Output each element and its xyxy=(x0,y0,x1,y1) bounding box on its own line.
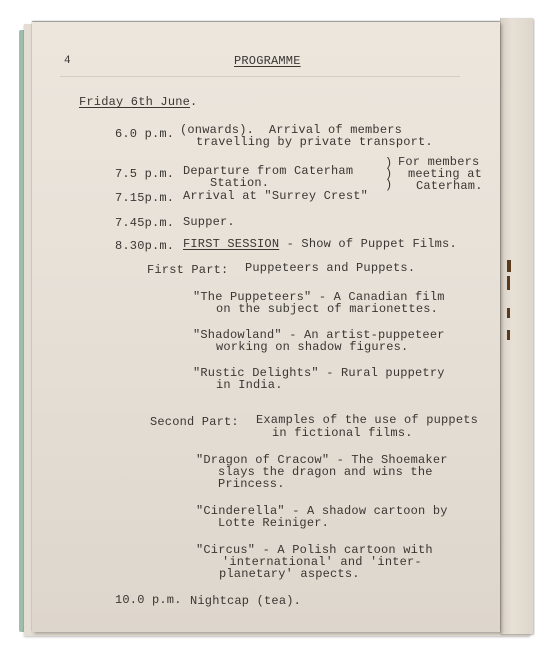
schedule-text: Nightcap (tea). xyxy=(190,595,301,608)
part-label: First Part: xyxy=(147,264,228,277)
page-title: PROGRAMME xyxy=(234,55,301,68)
page-number: 4 xyxy=(64,55,71,68)
schedule-text: Supper. xyxy=(183,216,235,229)
schedule-time: 7.5 p.m. xyxy=(115,168,174,181)
schedule-time: 8.30p.m. xyxy=(115,240,174,253)
staple-mark xyxy=(507,308,510,318)
film-entry: on the subject of marionettes. xyxy=(216,303,438,316)
staple-mark xyxy=(507,276,510,290)
session-label: FIRST SESSION xyxy=(183,237,279,251)
schedule-text: travelling by private transport. xyxy=(196,136,433,149)
header-divider xyxy=(60,76,460,77)
film-entry: working on shadow figures. xyxy=(216,341,408,354)
schedule-time: 10.0 p.m. xyxy=(115,594,182,607)
staple-mark xyxy=(507,330,510,340)
film-entry: in India. xyxy=(216,379,283,392)
staple-mark xyxy=(507,260,511,272)
schedule-time: 7.15p.m. xyxy=(115,192,174,205)
schedule-text: Arrival at "Surrey Crest" xyxy=(183,190,368,203)
part-title: in fictional films. xyxy=(272,427,413,440)
day-heading-text: Friday 6th June xyxy=(79,95,190,109)
brace-note: Caterham. xyxy=(416,180,483,193)
day-heading: Friday 6th June. xyxy=(79,96,197,109)
facing-page-edge xyxy=(500,18,533,634)
schedule-time: 7.45p.m. xyxy=(115,217,174,230)
film-entry: Lotte Reiniger. xyxy=(218,517,329,530)
part-label: Second Part: xyxy=(150,416,239,429)
schedule-time: 6.0 p.m. xyxy=(115,128,174,141)
brace: ) ) ) xyxy=(385,158,392,191)
session-heading: FIRST SESSION - Show of Puppet Films. xyxy=(183,238,457,251)
document-page xyxy=(32,22,500,632)
film-entry: Princess. xyxy=(218,478,285,491)
part-title: Puppeteers and Puppets. xyxy=(245,262,415,275)
film-entry: planetary' aspects. xyxy=(219,568,360,581)
session-description: - Show of Puppet Films. xyxy=(279,237,457,251)
day-heading-period: . xyxy=(190,95,197,109)
